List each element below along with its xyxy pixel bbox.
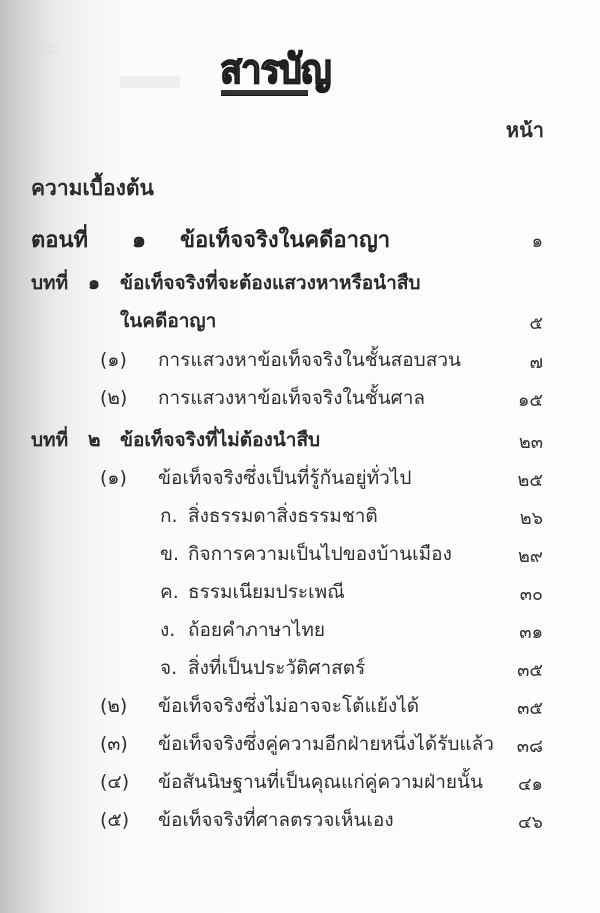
subitem-marker: ข. bbox=[160, 539, 179, 569]
toc-entry-intro[interactable]: ความเบื้องต้น bbox=[0, 172, 600, 206]
item-marker: (๑) bbox=[100, 463, 127, 493]
chapter-prefix: บทที่ bbox=[31, 268, 68, 298]
item-marker: (๒) bbox=[100, 691, 127, 721]
page-number: ๒๓ bbox=[519, 427, 543, 456]
chapter-title: ข้อเท็จจริงที่ไม่ต้องนำสืบ bbox=[120, 425, 320, 455]
toc-entry-chapter-1-cont[interactable]: ในคดีอาญา ๕ bbox=[0, 306, 600, 340]
bleed-through-mark bbox=[120, 76, 180, 88]
toc-item[interactable]: (๑) ข้อเท็จจริงซึ่งเป็นที่รู้กันอยู่ทั่ว… bbox=[0, 463, 600, 497]
page-number: ๔๖ bbox=[518, 807, 543, 836]
toc-item[interactable]: (๓) ข้อเท็จจริงซึ่งคู่ความอีกฝ่ายหนึ่งได… bbox=[0, 729, 600, 763]
page-number: ๒๖ bbox=[520, 503, 543, 532]
page-title: สารบัญ bbox=[220, 48, 331, 92]
toc-subitem[interactable]: ข. กิจการความเป็นไปของบ้านเมือง ๒๙ bbox=[0, 539, 600, 573]
toc-item[interactable]: (๕) ข้อเท็จจริงที่ศาลตรวจเห็นเอง ๔๖ bbox=[0, 805, 600, 839]
chapter-prefix: บทที่ bbox=[31, 425, 68, 455]
subitem-marker: จ. bbox=[160, 653, 177, 683]
subitem-text: ธรรมเนียมประเพณี bbox=[188, 577, 345, 607]
subitem-text: กิจการความเป็นไปของบ้านเมือง bbox=[188, 539, 452, 569]
toc-entry-part-1[interactable]: ตอนที่ ๑ ข้อเท็จจริงในคดีอาญา ๑ bbox=[0, 222, 600, 256]
chapter-number: ๑ bbox=[88, 268, 100, 298]
part-title: ข้อเท็จจริงในคดีอาญา bbox=[180, 222, 390, 257]
bleed-through-mark: ▭▭ bbox=[30, 38, 60, 57]
item-marker: (๑) bbox=[100, 345, 127, 375]
toc-entry-chapter-2[interactable]: บทที่ ๒ ข้อเท็จจริงที่ไม่ต้องนำสืบ ๒๓ bbox=[0, 425, 600, 459]
subitem-marker: ค. bbox=[160, 577, 179, 607]
part-number: ๑ bbox=[132, 222, 146, 257]
item-text: ข้อสันนิษฐานที่เป็นคุณแก่คู่ความฝ่ายนั้น bbox=[158, 767, 483, 797]
page-number: ๗ bbox=[529, 347, 543, 376]
subitem-text: สิ่งธรรมดาสิ่งธรรมชาติ bbox=[188, 501, 378, 531]
page-number: ๔๑ bbox=[518, 769, 543, 798]
chapter-title-line-1: ข้อเท็จจริงที่จะต้องแสวงหาหรือนำสืบ bbox=[120, 268, 421, 298]
part-prefix: ตอนที่ bbox=[31, 222, 88, 257]
item-text: การแสวงหาข้อเท็จจริงในชั้นศาล bbox=[158, 383, 425, 413]
page-number: ๓๑ bbox=[519, 617, 543, 646]
chapter-title-line-2: ในคดีอาญา bbox=[120, 306, 216, 336]
title-block: สารบัญ bbox=[214, 48, 314, 92]
toc-subitem[interactable]: ง. ถ้อยคำภาษาไทย ๓๑ bbox=[0, 615, 600, 649]
item-marker: (๕) bbox=[100, 805, 129, 835]
page-number: ๓๘ bbox=[517, 731, 543, 760]
page-number: ๑๕ bbox=[518, 385, 543, 414]
item-marker: (๒) bbox=[100, 383, 127, 413]
page-number: ๓๕ bbox=[517, 693, 543, 722]
page-number: ๒๕ bbox=[518, 465, 544, 494]
chapter-number: ๒ bbox=[88, 425, 101, 455]
subitem-marker: ง. bbox=[160, 615, 175, 645]
page-number: ๑ bbox=[532, 226, 543, 255]
toc-item[interactable]: (๔) ข้อสันนิษฐานที่เป็นคุณแก่คู่ความฝ่าย… bbox=[0, 767, 600, 801]
toc-item[interactable]: (๑) การแสวงหาข้อเท็จจริงในชั้นสอบสวน ๗ bbox=[0, 345, 600, 379]
item-text: ข้อเท็จจริงที่ศาลตรวจเห็นเอง bbox=[158, 805, 394, 835]
item-text: ข้อเท็จจริงซึ่งไม่อาจจะโต้แย้งได้ bbox=[158, 691, 419, 721]
item-text: ข้อเท็จจริงซึ่งเป็นที่รู้กันอยู่ทั่วไป bbox=[158, 463, 411, 493]
toc-entry-chapter-1[interactable]: บทที่ ๑ ข้อเท็จจริงที่จะต้องแสวงหาหรือนำ… bbox=[0, 268, 600, 302]
item-text: การแสวงหาข้อเท็จจริงในชั้นสอบสวน bbox=[158, 345, 461, 375]
toc-subitem[interactable]: ก. สิ่งธรรมดาสิ่งธรรมชาติ ๒๖ bbox=[0, 501, 600, 535]
toc-intro-label: ความเบื้องต้น bbox=[31, 172, 154, 205]
toc-item[interactable]: (๒) การแสวงหาข้อเท็จจริงในชั้นศาล ๑๕ bbox=[0, 383, 600, 417]
toc-subitem[interactable]: ค. ธรรมเนียมประเพณี ๓๐ bbox=[0, 577, 600, 611]
page-number: ๕ bbox=[529, 308, 543, 337]
title-underline-bar bbox=[221, 90, 308, 96]
toc-page: ▭▭ สารบัญ หน้า ความเบื้องต้น ตอนที่ ๑ ข้… bbox=[0, 0, 600, 913]
subitem-marker: ก. bbox=[160, 501, 178, 531]
page-column-header: หน้า bbox=[506, 114, 544, 146]
item-marker: (๓) bbox=[100, 729, 128, 759]
toc-subitem[interactable]: จ. สิ่งที่เป็นประวัติศาสตร์ ๓๕ bbox=[0, 653, 600, 687]
item-marker: (๔) bbox=[100, 767, 129, 797]
toc-item[interactable]: (๒) ข้อเท็จจริงซึ่งไม่อาจจะโต้แย้งได้ ๓๕ bbox=[0, 691, 600, 725]
page-number: ๓๕ bbox=[517, 655, 543, 684]
page-number: ๒๙ bbox=[518, 541, 543, 570]
subitem-text: ถ้อยคำภาษาไทย bbox=[188, 615, 325, 645]
subitem-text: สิ่งที่เป็นประวัติศาสตร์ bbox=[188, 653, 365, 683]
page-number: ๓๐ bbox=[520, 579, 543, 608]
item-text: ข้อเท็จจริงซึ่งคู่ความอีกฝ่ายหนึ่งได้รับ… bbox=[158, 729, 494, 759]
